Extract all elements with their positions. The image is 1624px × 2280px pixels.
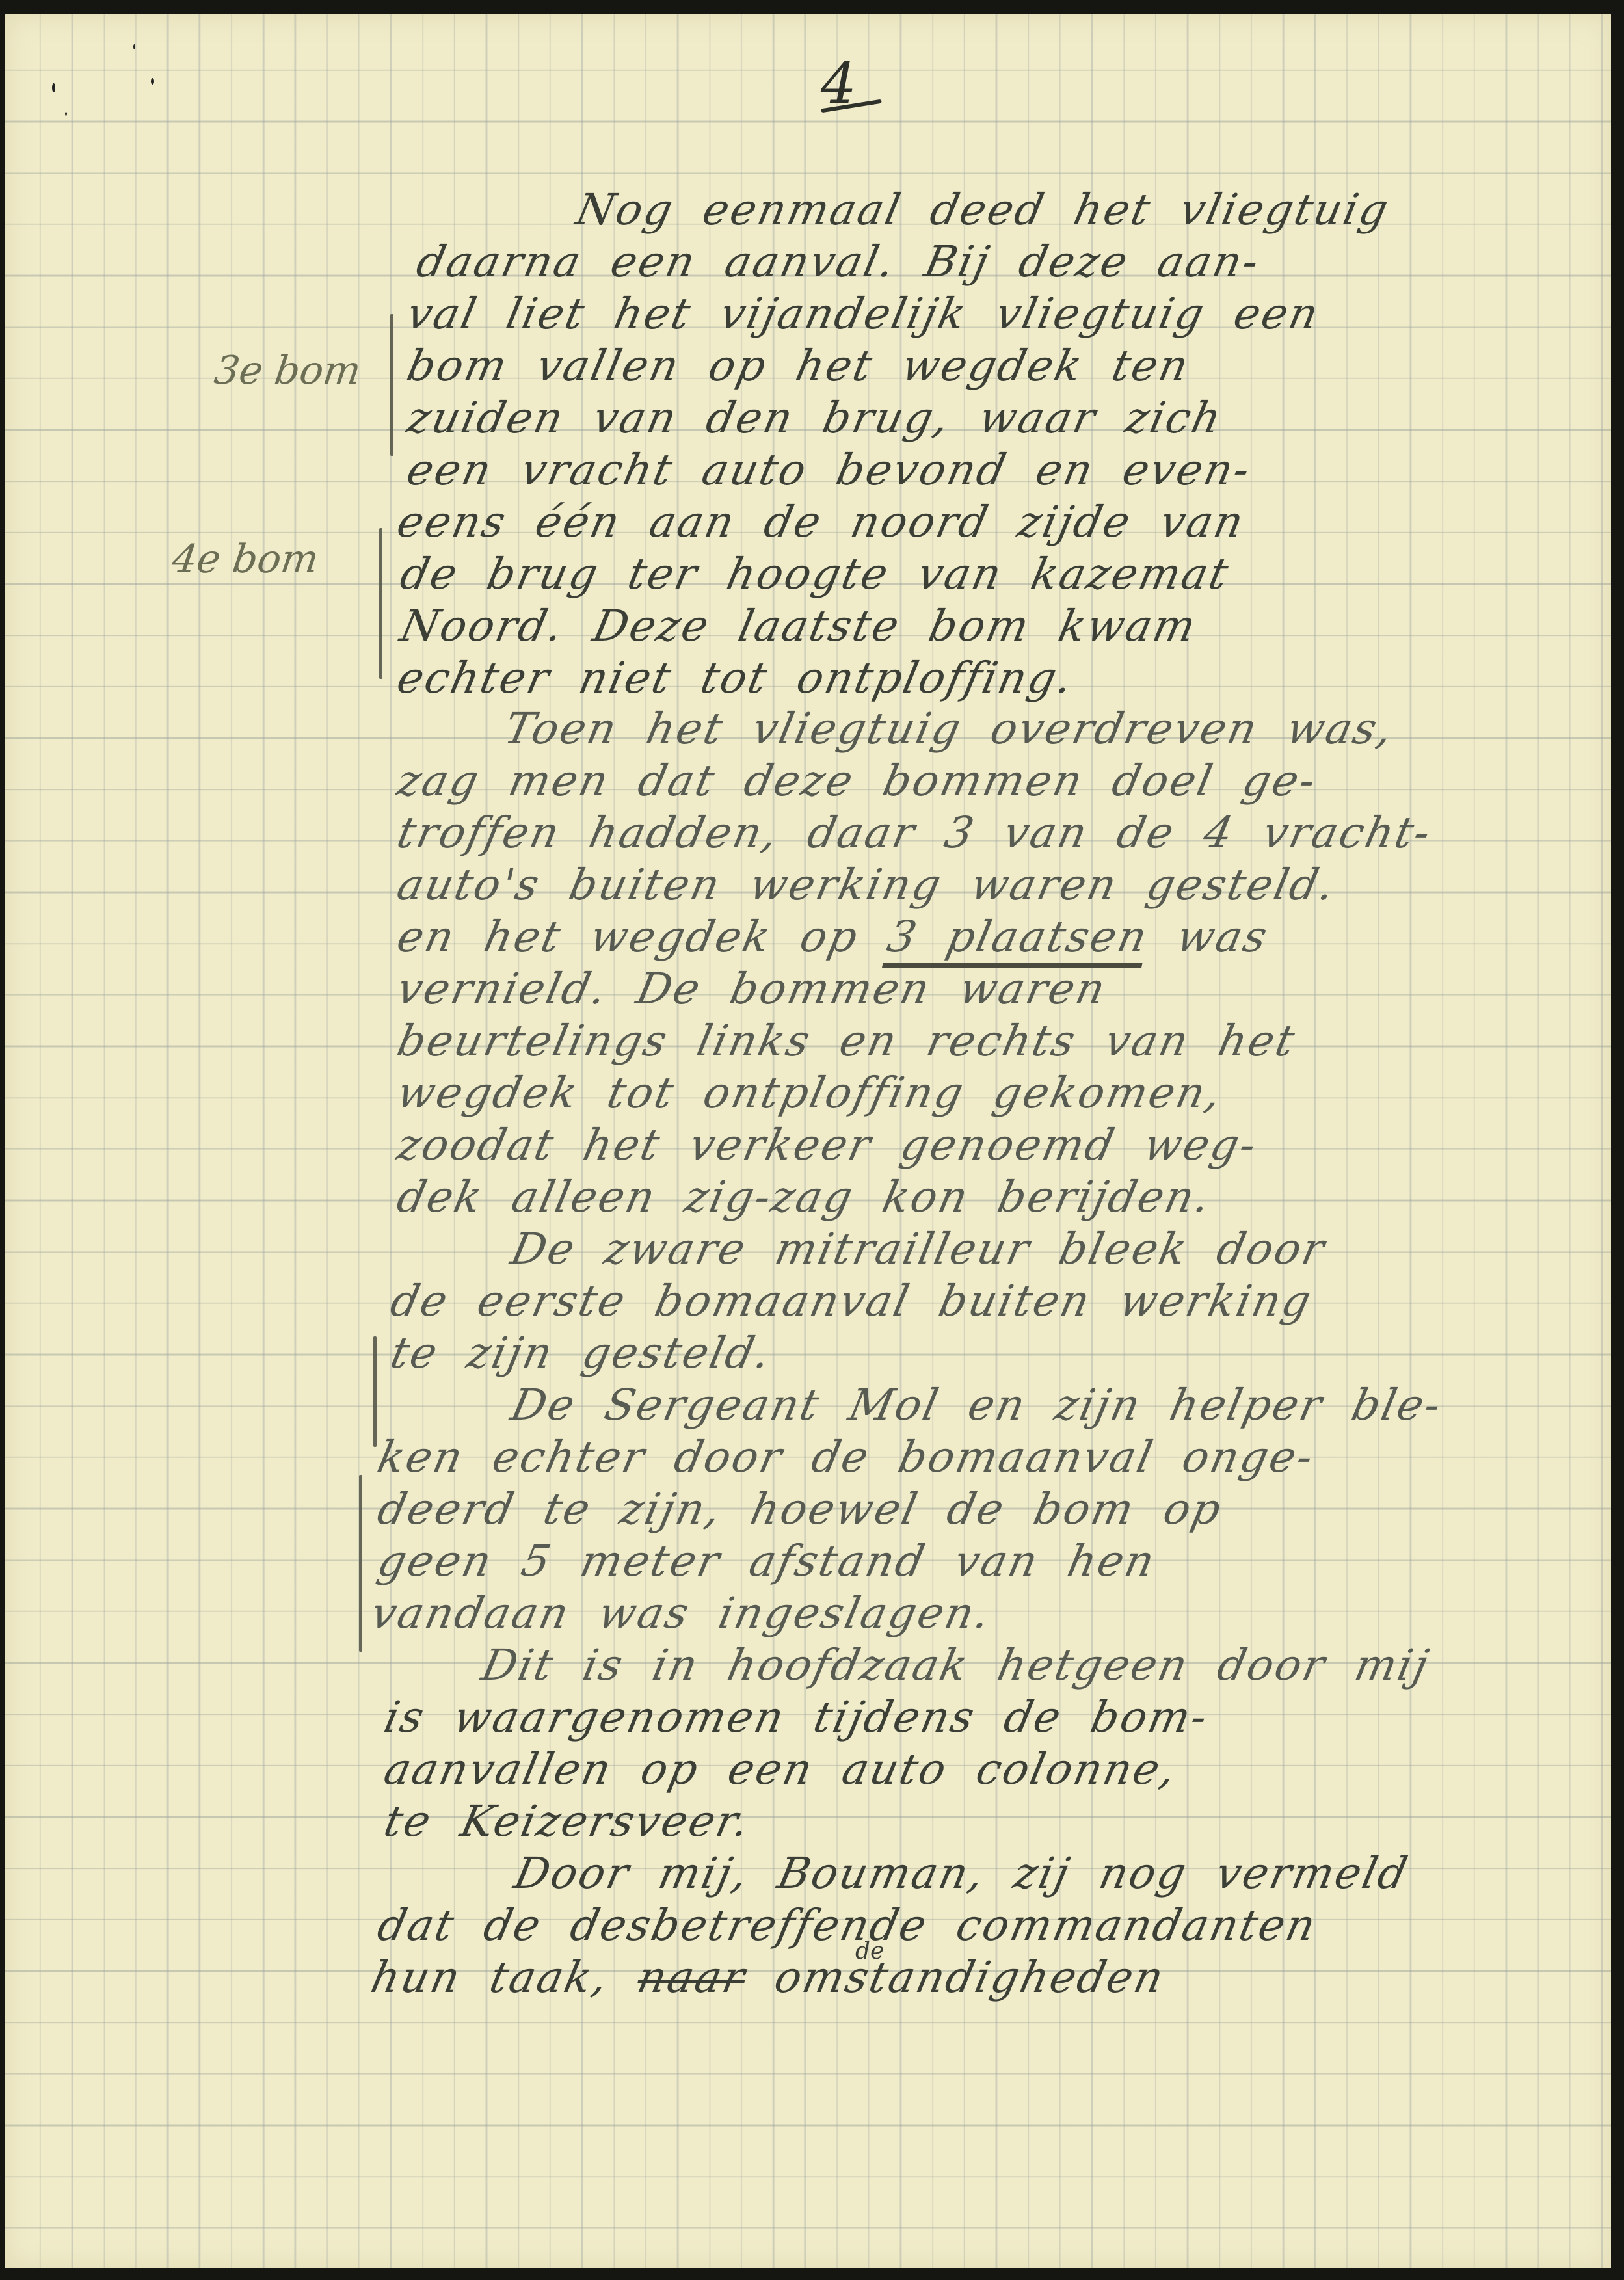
inserted-word: de (855, 1938, 884, 1965)
text-line-12: zag men dat deze bommen doel ge- (393, 760, 1321, 802)
margin-bar-3 (373, 1336, 377, 1447)
text-line-34: dat de desbetreffende commandanten (374, 1904, 1321, 1947)
margin-bar-1 (390, 314, 393, 456)
text-line-14: auto's buiten werking waren gesteld. (393, 864, 1340, 907)
text-line-15-start: en het wegdek op (393, 912, 864, 962)
text-line-18: wegdek tot ontploffing gekomen, (393, 1072, 1227, 1115)
text-line-20: dek alleen zig-zag kon berijden. (393, 1176, 1216, 1219)
text-line-22: de eerste bomaanval buiten werking (387, 1280, 1316, 1323)
text-line-8: de brug ter hoogte van kazemat (397, 553, 1233, 596)
text-line-32: te Keizersveer. (380, 1800, 754, 1843)
text-line-16: vernield. De bommen waren (393, 968, 1111, 1011)
text-line-25: ken echter door de bomaanval onge- (374, 1436, 1318, 1479)
margin-bar-4 (359, 1475, 362, 1652)
text-line-23: te zijn gesteld. (387, 1332, 776, 1375)
text-line-7: eens één aan de noord zijde van (393, 501, 1249, 544)
text-line-29: Dit is in hoofdzaak hetgeen door mij (478, 1644, 1434, 1687)
text-line-17: beurtelings links en rechts van het (393, 1020, 1300, 1063)
text-line-10: echter niet tot ontploffing. (393, 657, 1078, 700)
text-line-35: hun taak, naar omstandigheden (367, 1956, 1169, 1999)
text-line-27: geen 5 meter afstand van hen (374, 1540, 1160, 1583)
text-line-3: val liet het vijandelijk vliegtuig een (403, 293, 1324, 336)
handwritten-letter-page: 4 3e bom 4e bom Nog eenmaal deed het vli… (0, 0, 1624, 2280)
text-line-2: daarna een aanval. Bij deze aan- (413, 241, 1264, 284)
text-line-33: Door mij, Bouman, zij nog vermeld (511, 1852, 1413, 1895)
text-line-5: zuiden van den brug, waar zich (403, 397, 1227, 440)
text-line-31: aanvallen op een auto colonne, (380, 1748, 1181, 1791)
text-line-26: deerd te zijn, hoewel de bom op (374, 1488, 1226, 1531)
text-line-11: Toen het vliegtuig overdreven was, (501, 708, 1398, 750)
text-line-9: Noord. Deze laatste bom kwam (397, 605, 1201, 648)
margin-note-third-bomb: 3e bom (212, 351, 364, 390)
text-line-6: een vracht auto bevond en even- (403, 449, 1255, 492)
text-line-13: troffen hadden, daar 3 van de 4 vracht- (393, 812, 1435, 855)
text-line-24: De Sergeant Mol en zijn helper ble- (507, 1384, 1446, 1427)
text-line-30: is waargenomen tijdens de bom- (380, 1696, 1212, 1739)
text-line-19: zoodat het verkeer genoemd weg- (393, 1124, 1261, 1167)
struck-word: naar (633, 1952, 751, 2002)
underlined-phrase: 3 plaatsen (882, 912, 1153, 968)
margin-bar-2 (379, 528, 382, 679)
text-line-35-start: hun taak, (367, 1952, 614, 2002)
text-line-35-end: omstandigheden (770, 1952, 1169, 2002)
text-line-4: bom vallen op het wegdek ten (403, 345, 1193, 388)
text-line-1: Nog eenmaal deed het vliegtuig (572, 189, 1394, 232)
text-line-28: vandaan was ingeslagen. (367, 1592, 995, 1635)
text-line-15-end: was (1173, 912, 1273, 962)
margin-note-fourth-bomb: 4e bom (170, 540, 321, 579)
text-line-21: De zware mitrailleur bleek door (507, 1228, 1329, 1271)
text-line-15: en het wegdek op 3 plaatsen was (393, 916, 1272, 959)
